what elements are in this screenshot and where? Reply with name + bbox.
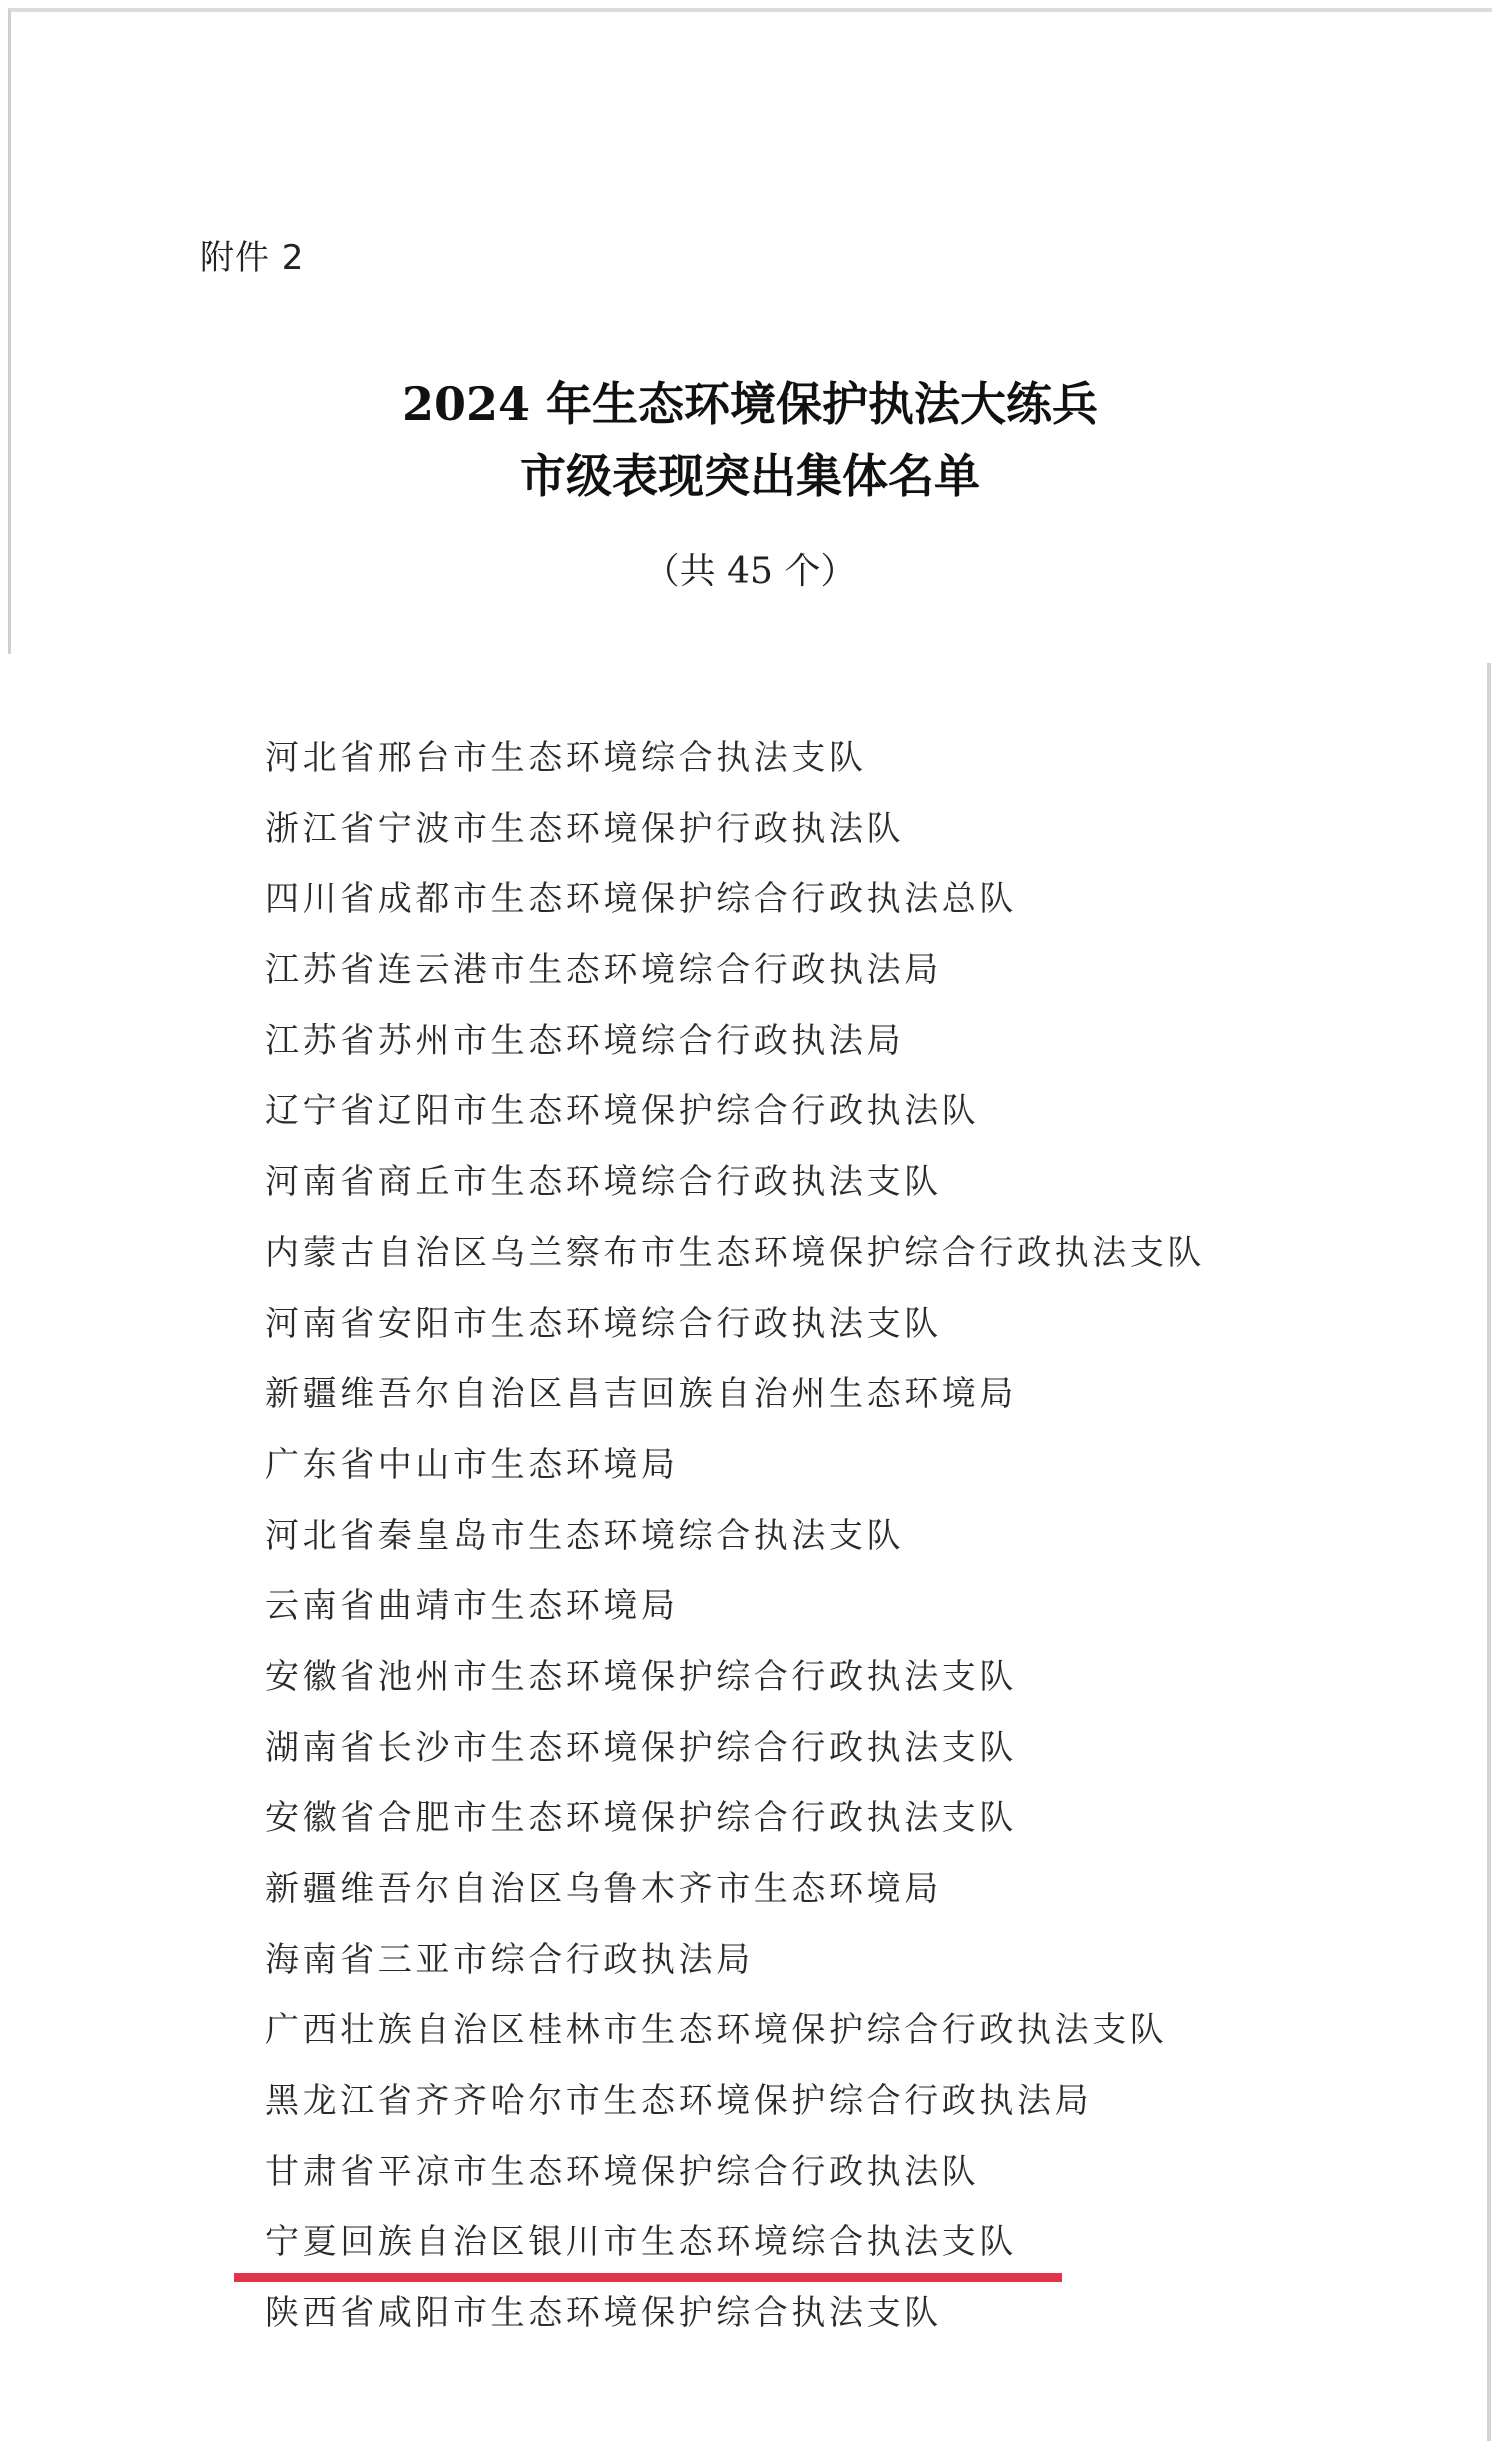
list-item: 安徽省池州市生态环境保护综合行政执法支队 — [265, 1657, 1205, 1728]
list-item: 甘肃省平凉市生态环境保护综合行政执法队 — [265, 2152, 1205, 2223]
list-item: 陕西省咸阳市生态环境保护综合执法支队 — [265, 2293, 1205, 2364]
red-highlight-underline — [234, 2273, 1062, 2282]
list-item: 河南省商丘市生态环境综合行政执法支队 — [265, 1162, 1205, 1233]
document-title-line-2: 市级表现突出集体名单 — [0, 440, 1500, 506]
list-item: 浙江省宁波市生态环境保护行政执法队 — [265, 809, 1205, 880]
list-item: 河北省秦皇岛市生态环境综合执法支队 — [265, 1516, 1205, 1587]
count-note: （共 45 个） — [0, 543, 1500, 594]
list-item: 辽宁省辽阳市生态环境保护综合行政执法队 — [265, 1091, 1205, 1162]
list-item: 内蒙古自治区乌兰察布市生态环境保护综合行政执法支队 — [265, 1233, 1205, 1304]
list-item: 新疆维吾尔自治区乌鲁木齐市生态环境局 — [265, 1869, 1205, 1940]
document-title-line-1: 2024 年生态环境保护执法大练兵 — [0, 368, 1500, 434]
list-item: 江苏省苏州市生态环境综合行政执法局 — [265, 1021, 1205, 1092]
list-item: 海南省三亚市综合行政执法局 — [265, 1940, 1205, 2011]
list-item: 江苏省连云港市生态环境综合行政执法局 — [265, 950, 1205, 1021]
list-item: 广东省中山市生态环境局 — [265, 1445, 1205, 1516]
list-item: 河北省邢台市生态环境综合执法支队 — [265, 738, 1205, 809]
list-item: 安徽省合肥市生态环境保护综合行政执法支队 — [265, 1798, 1205, 1869]
attachment-label: 附件 2 — [200, 230, 304, 279]
list-item-highlighted: 宁夏回族自治区银川市生态环境综合执法支队 — [265, 2222, 1205, 2293]
list-item: 四川省成都市生态环境保护综合行政执法总队 — [265, 879, 1205, 950]
list-item: 新疆维吾尔自治区昌吉回族自治州生态环境局 — [265, 1374, 1205, 1445]
list-item: 广西壮族自治区桂林市生态环境保护综合行政执法支队 — [265, 2010, 1205, 2081]
list-item: 湖南省长沙市生态环境保护综合行政执法支队 — [265, 1728, 1205, 1799]
collective-list: 河北省邢台市生态环境综合执法支队 浙江省宁波市生态环境保护行政执法队 四川省成都… — [265, 738, 1205, 2364]
list-item: 云南省曲靖市生态环境局 — [265, 1586, 1205, 1657]
list-item: 黑龙江省齐齐哈尔市生态环境保护综合行政执法局 — [265, 2081, 1205, 2152]
list-item: 河南省安阳市生态环境综合行政执法支队 — [265, 1304, 1205, 1375]
